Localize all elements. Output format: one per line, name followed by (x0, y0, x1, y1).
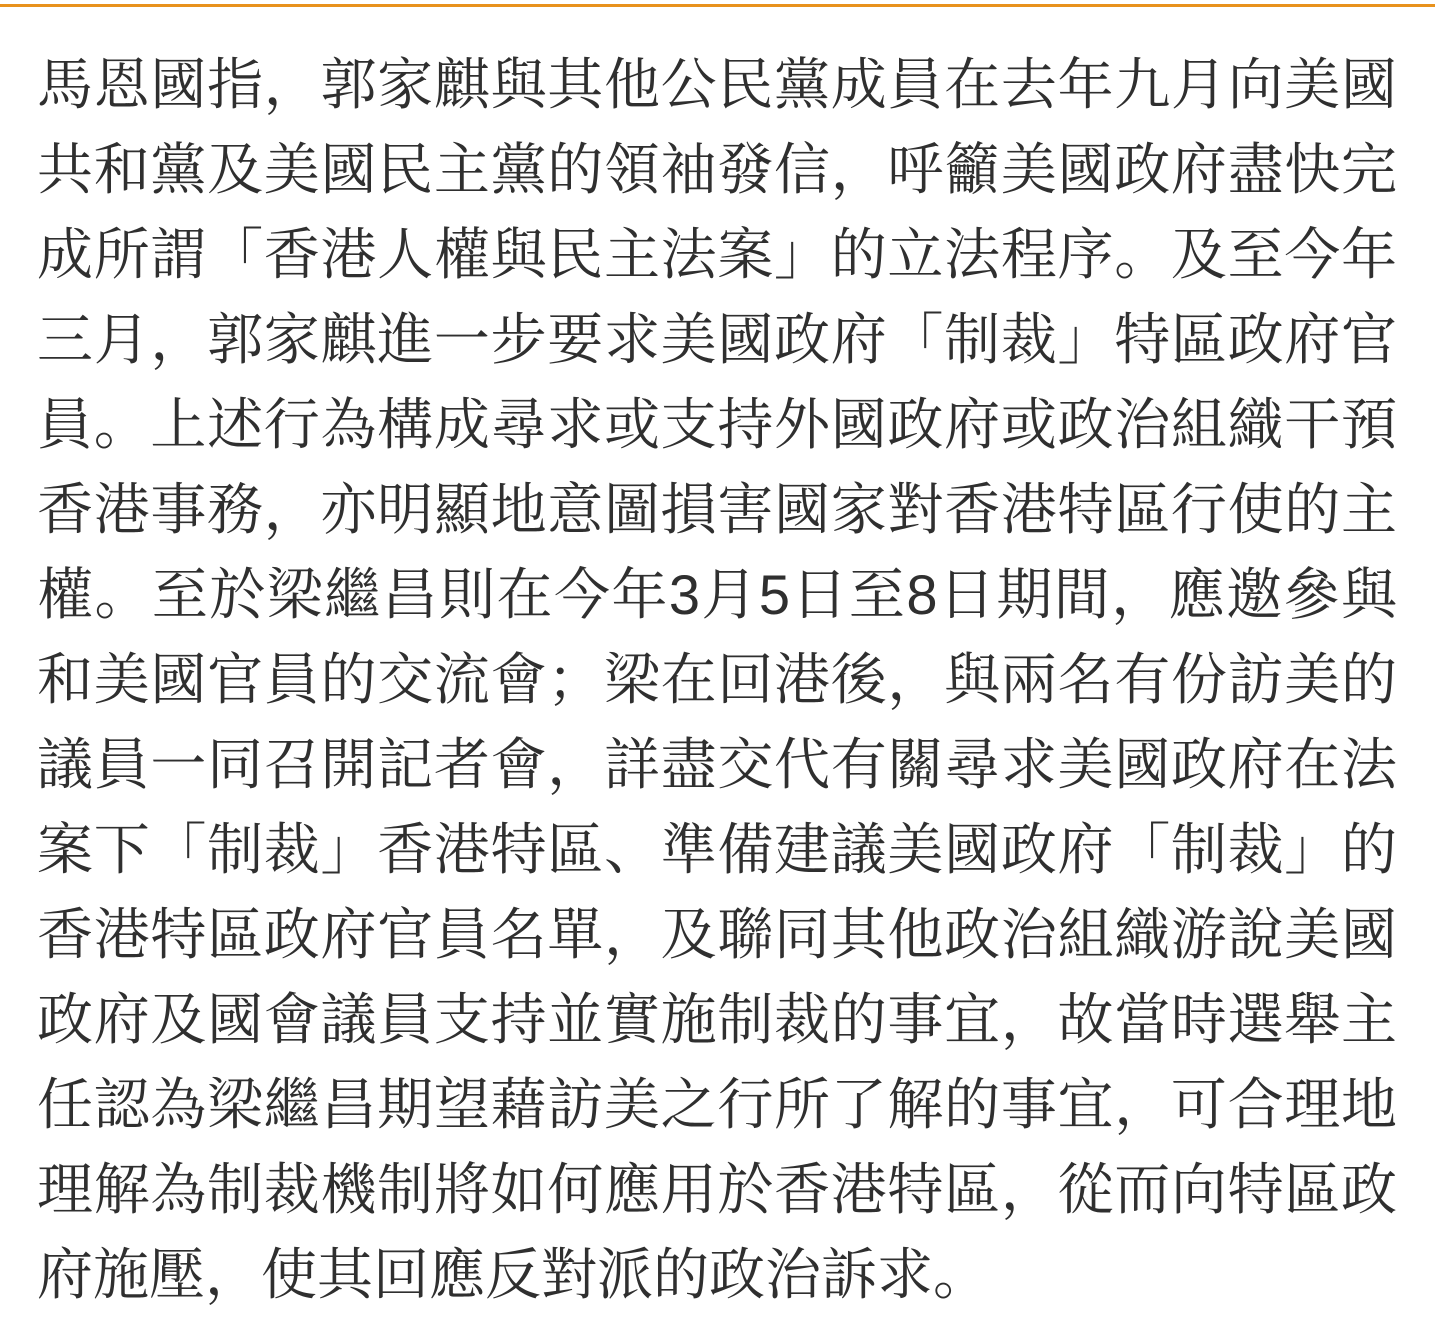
paragraph-line: 權。至於梁繼昌則在今年3月5日至8日期間，應邀參與 (37, 552, 1397, 637)
paragraph-line: 共和黨及美國民主黨的領袖發信，呼籲美國政府盡快完 (37, 127, 1397, 212)
paragraph-line: 府施壓，使其回應反對派的政治訴求。 (37, 1232, 1397, 1317)
paragraph-line: 政府及國會議員支持並實施制裁的事宜，故當時選舉主 (37, 977, 1397, 1062)
paragraph-line: 三月，郭家麒進一步要求美國政府「制裁」特區政府官 (37, 297, 1397, 382)
paragraph-line: 香港事務，亦明顯地意圖損害國家對香港特區行使的主 (37, 467, 1397, 552)
top-divider (0, 4, 1435, 7)
paragraph-line: 和美國官員的交流會；梁在回港後，與兩名有份訪美的 (37, 637, 1397, 722)
paragraph-line: 馬恩國指，郭家麒與其他公民黨成員在去年九月向美國 (37, 42, 1397, 127)
paragraph-line: 員。上述行為構成尋求或支持外國政府或政治組織干預 (37, 382, 1397, 467)
paragraph-line: 香港特區政府官員名單，及聯同其他政治組織游說美國 (37, 892, 1397, 977)
paragraph-line: 案下「制裁」香港特區、準備建議美國政府「制裁」的 (37, 807, 1397, 892)
paragraph-line: 議員一同召開記者會，詳盡交代有關尋求美國政府在法 (37, 722, 1397, 807)
article-body: 馬恩國指，郭家麒與其他公民黨成員在去年九月向美國 共和黨及美國民主黨的領袖發信，… (37, 42, 1397, 1317)
paragraph-line: 成所謂「香港人權與民主法案」的立法程序。及至今年 (37, 212, 1397, 297)
paragraph-line: 理解為制裁機制將如何應用於香港特區，從而向特區政 (37, 1147, 1397, 1232)
paragraph-line: 任認為梁繼昌期望藉訪美之行所了解的事宜，可合理地 (37, 1062, 1397, 1147)
